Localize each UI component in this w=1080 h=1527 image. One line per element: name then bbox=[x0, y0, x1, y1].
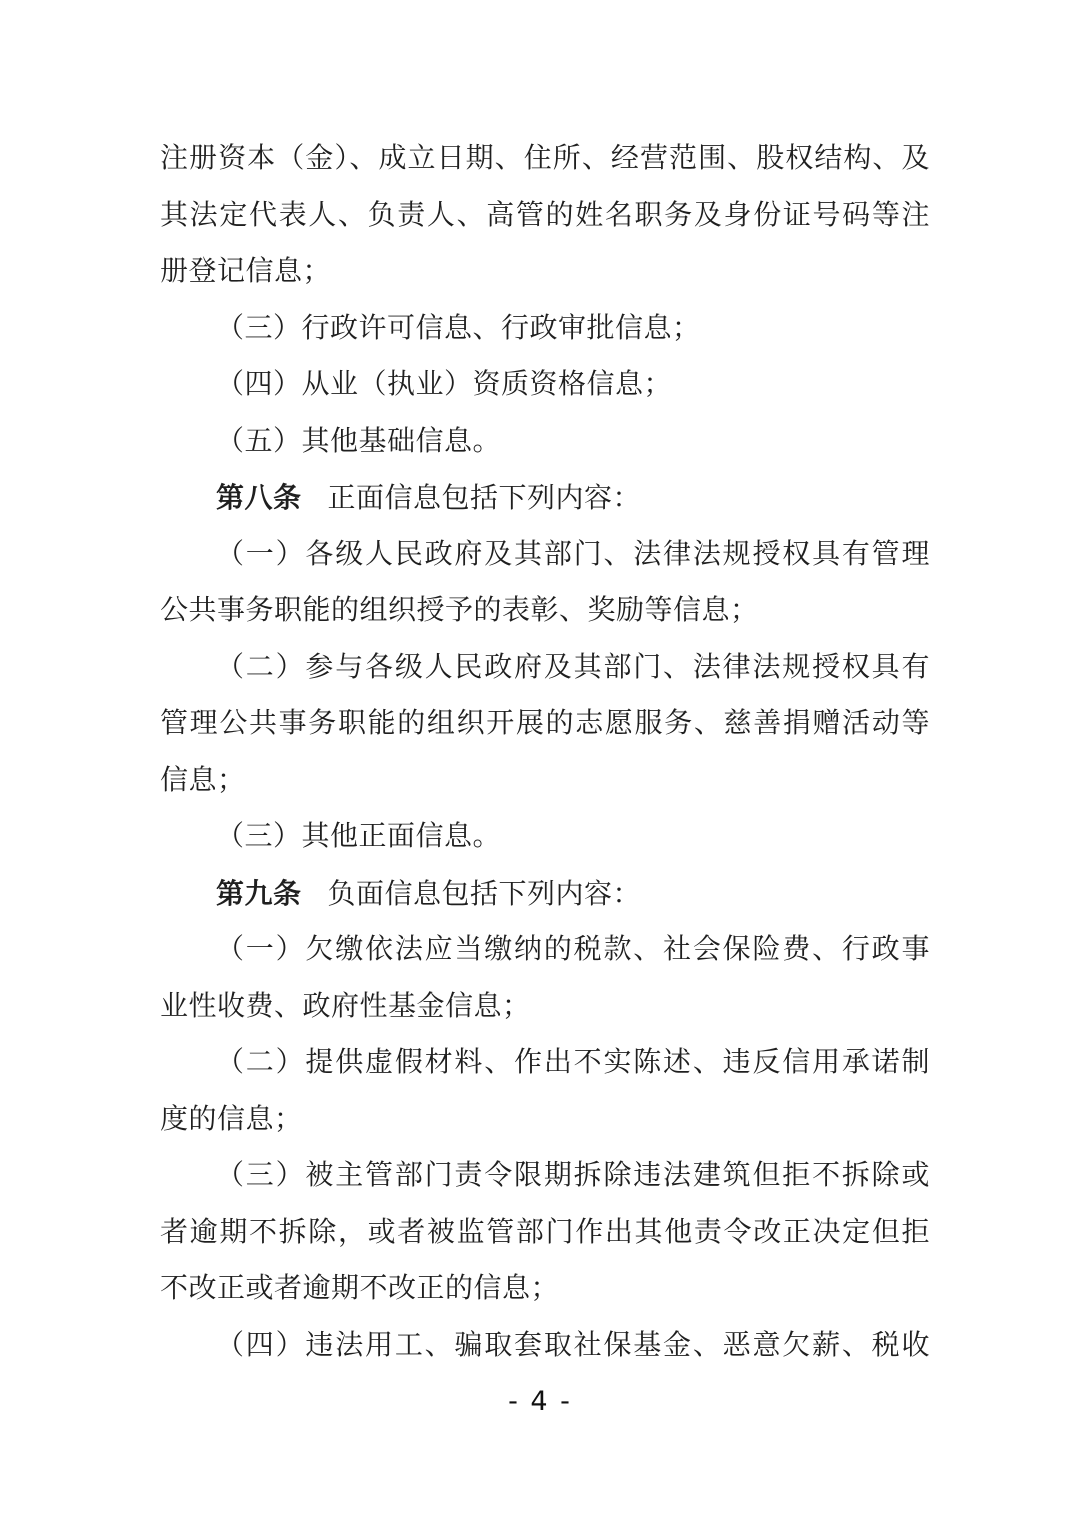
text-line: （三）被主管部门责令限期拆除违法建筑但拒不拆除或 bbox=[160, 1148, 930, 1205]
page-number: - 4 - bbox=[0, 1386, 1080, 1417]
article-heading-text: 负面信息包括下列内容： bbox=[328, 879, 642, 910]
document-body: 注册资本（金）、成立日期、住所、经营范围、股权结构、及其法定代表人、负责人、高管… bbox=[160, 131, 930, 1374]
text-line: 注册资本（金）、成立日期、住所、经营范围、股权结构、及 bbox=[160, 131, 930, 188]
document-page: 注册资本（金）、成立日期、住所、经营范围、股权结构、及其法定代表人、负责人、高管… bbox=[0, 0, 1080, 1527]
text-line: （一）各级人民政府及其部门、法律法规授权具有管理 bbox=[160, 527, 930, 584]
text-line: （五）其他基础信息。 bbox=[160, 414, 930, 471]
article-heading-text: 正面信息包括下列内容： bbox=[328, 483, 642, 514]
text-line: 册登记信息； bbox=[160, 244, 930, 301]
text-line: 不改正或者逾期不改正的信息； bbox=[160, 1261, 930, 1318]
text-line: （一）欠缴依法应当缴纳的税款、社会保险费、行政事 bbox=[160, 922, 930, 979]
article-heading-line: 第八条正面信息包括下列内容： bbox=[160, 470, 930, 527]
text-line: （四）从业（执业）资质资格信息； bbox=[160, 357, 930, 414]
text-line: （二）提供虚假材料、作出不实陈述、违反信用承诺制 bbox=[160, 1035, 930, 1092]
text-line: （三）行政许可信息、行政审批信息； bbox=[160, 301, 930, 358]
text-line: 公共事务职能的组织授予的表彰、奖励等信息； bbox=[160, 583, 930, 640]
text-line: 者逾期不拆除，或者被监管部门作出其他责令改正决定但拒 bbox=[160, 1205, 930, 1262]
article-number: 第九条 bbox=[216, 878, 302, 909]
text-line: 其法定代表人、负责人、高管的姓名职务及身份证号码等注 bbox=[160, 188, 930, 245]
text-line: 信息； bbox=[160, 753, 930, 810]
text-line: （四）违法用工、骗取套取社保基金、恶意欠薪、税收 bbox=[160, 1318, 930, 1375]
article-heading-line: 第九条负面信息包括下列内容： bbox=[160, 866, 930, 923]
text-line: 业性收费、政府性基金信息； bbox=[160, 979, 930, 1036]
text-line: 管理公共事务职能的组织开展的志愿服务、慈善捐赠活动等 bbox=[160, 696, 930, 753]
article-number: 第八条 bbox=[216, 482, 302, 513]
text-line: 度的信息； bbox=[160, 1092, 930, 1149]
text-line: （三）其他正面信息。 bbox=[160, 809, 930, 866]
text-line: （二）参与各级人民政府及其部门、法律法规授权具有 bbox=[160, 640, 930, 697]
